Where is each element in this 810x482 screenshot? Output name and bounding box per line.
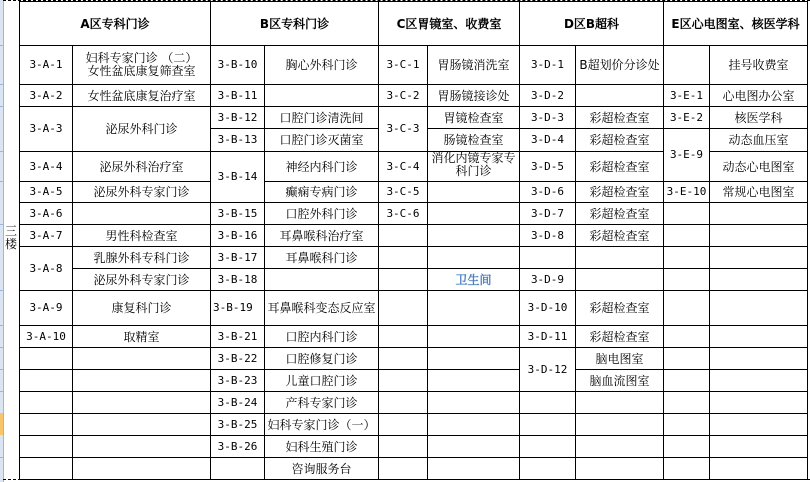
room-name[interactable]: 儿童口腔门诊 — [265, 370, 379, 392]
room-name[interactable]: 常规心电图室 — [710, 182, 808, 203]
room-name[interactable]: 妇科专家门诊 （二） 女性盆底康复筛查室 — [73, 46, 211, 85]
room-name[interactable]: 彩超检查室 — [576, 203, 664, 225]
room-name[interactable]: 耳鼻喉科变态反应室 — [265, 291, 379, 326]
room-code[interactable] — [379, 414, 428, 436]
room-name[interactable] — [710, 291, 808, 326]
room-code[interactable] — [664, 203, 710, 225]
room-code[interactable] — [379, 458, 428, 480]
room-name[interactable]: 产科专家门诊 — [265, 392, 379, 414]
room-code[interactable] — [664, 46, 710, 85]
room-name[interactable]: 癫痫专病门诊 — [265, 182, 379, 203]
room-code[interactable] — [20, 348, 73, 370]
room-code[interactable]: 3-E-9 — [664, 129, 710, 182]
room-code[interactable]: 3-B-23 — [211, 370, 265, 392]
floor-directory-table: A区专科门诊 B区专科门诊 C区胃镜室、收费室 D区B超科 E区心电图室、核医学… — [19, 1, 808, 480]
room-code[interactable]: 3-B-11 — [211, 85, 265, 107]
room-code[interactable]: 3-D-7 — [520, 203, 576, 225]
room-code[interactable]: 3-A-2 — [20, 85, 73, 107]
room-name[interactable]: 口腔内科门诊 — [265, 326, 379, 348]
room-code[interactable] — [379, 225, 428, 247]
room-name[interactable] — [710, 436, 808, 458]
room-code[interactable]: 3-D-9 — [520, 269, 576, 291]
room-name[interactable] — [73, 436, 211, 458]
room-code[interactable] — [520, 392, 576, 414]
room-name[interactable] — [73, 458, 211, 480]
room-code[interactable] — [664, 269, 710, 291]
room-name[interactable]: 彩超检查室 — [576, 182, 664, 203]
room-name[interactable]: 泌尿外科专家门诊 — [73, 182, 211, 203]
room-name[interactable] — [428, 370, 520, 392]
room-name[interactable] — [428, 182, 520, 203]
room-code[interactable]: 3-D-11 — [520, 326, 576, 348]
room-name[interactable]: 彩超检查室 — [576, 129, 664, 152]
room-code[interactable]: 3-B-10 — [211, 46, 265, 85]
room-code[interactable] — [664, 436, 710, 458]
room-code[interactable] — [664, 291, 710, 326]
room-code[interactable]: 3-B-22 — [211, 348, 265, 370]
room-name[interactable] — [576, 85, 664, 107]
room-code[interactable] — [379, 436, 428, 458]
room-name-line: 妇科专家门诊 （二） 女性盆底康复筛查室 — [86, 51, 198, 78]
room-name[interactable]: 消化内镜专家专科门诊 — [428, 152, 520, 182]
room-name[interactable] — [710, 203, 808, 225]
room-name[interactable] — [576, 414, 664, 436]
room-code[interactable] — [20, 414, 73, 436]
room-code[interactable]: 3-B-25 — [211, 414, 265, 436]
room-code[interactable]: 3-D-1 — [520, 46, 576, 85]
room-code[interactable] — [520, 458, 576, 480]
room-name[interactable] — [710, 247, 808, 269]
room-code[interactable]: 3-D-12 — [520, 348, 576, 392]
room-name[interactable]: 乳腺外科专科门诊 — [73, 247, 211, 269]
room-code[interactable]: 3-B-19 — [211, 291, 265, 326]
room-code[interactable] — [20, 436, 73, 458]
room-code[interactable] — [379, 348, 428, 370]
room-code[interactable] — [664, 348, 710, 370]
room-code[interactable]: 3-C-1 — [379, 46, 428, 85]
room-name[interactable]: 口腔外科门诊 — [265, 203, 379, 225]
room-code[interactable] — [379, 370, 428, 392]
room-name[interactable]: 泌尿外科门诊 — [73, 107, 211, 152]
room-name[interactable]: 妇科生殖门诊 — [265, 436, 379, 458]
header-zone-e[interactable]: E区心电图室、核医学科 — [664, 2, 808, 46]
room-code[interactable] — [379, 269, 428, 291]
room-name[interactable] — [710, 392, 808, 414]
selected-row-highlight — [0, 413, 3, 435]
room-name[interactable]: 口腔修复门诊 — [265, 348, 379, 370]
room-code[interactable] — [379, 392, 428, 414]
room-code[interactable] — [664, 370, 710, 392]
header-zone-b[interactable]: B区专科门诊 — [211, 2, 379, 46]
room-name[interactable]: 肠镜检查室 — [428, 129, 520, 152]
room-code[interactable]: 3-C-3 — [379, 107, 428, 152]
room-code[interactable] — [664, 247, 710, 269]
room-name[interactable]: 取精室 — [73, 326, 211, 348]
room-name[interactable] — [428, 392, 520, 414]
floor-label: 三楼 — [4, 225, 18, 251]
room-code[interactable]: 3-E-1 — [664, 85, 710, 107]
room-name[interactable] — [265, 85, 379, 107]
room-name[interactable]: 挂号收费室 — [710, 46, 808, 85]
room-code[interactable]: 3-C-4 — [379, 152, 428, 182]
room-name[interactable] — [710, 414, 808, 436]
room-code[interactable]: 3-E-10 — [664, 182, 710, 203]
room-code[interactable]: 3-B-15 — [211, 203, 265, 225]
room-code[interactable] — [20, 370, 73, 392]
room-name[interactable]: 康复科门诊 — [73, 291, 211, 326]
room-name[interactable]: 彩超检查室 — [576, 225, 664, 247]
room-code[interactable] — [664, 458, 710, 480]
room-code[interactable]: 3-D-8 — [520, 225, 576, 247]
room-code[interactable] — [20, 392, 73, 414]
room-name[interactable]: 胃镜检查室 — [428, 107, 520, 129]
room-code[interactable] — [379, 291, 428, 326]
room-name[interactable]: B超划价分诊处 — [576, 46, 664, 85]
room-name[interactable]: 男性科检查室 — [73, 225, 211, 247]
header-zone-d[interactable]: D区B超科 — [520, 2, 664, 46]
room-code[interactable]: 3-B-26 — [211, 436, 265, 458]
room-code[interactable]: 3-A-1 — [20, 46, 73, 85]
room-code[interactable]: 3-A-6 — [20, 203, 73, 225]
room-name[interactable]: 泌尿外科专家门诊 — [73, 269, 211, 291]
room-name[interactable]: 脑血流图室 — [576, 370, 664, 392]
room-code[interactable] — [664, 414, 710, 436]
room-name[interactable] — [428, 326, 520, 348]
room-name[interactable]: 动态血压室 — [710, 129, 808, 152]
room-name[interactable]: 心电图办公室 — [710, 85, 808, 107]
room-code[interactable] — [379, 247, 428, 269]
room-code[interactable]: 3-D-2 — [520, 85, 576, 107]
room-name[interactable] — [576, 436, 664, 458]
room-name[interactable]: 咨询服务台 — [265, 458, 379, 480]
room-code[interactable]: 3-A-8 — [20, 247, 73, 291]
room-name[interactable] — [73, 392, 211, 414]
room-name[interactable] — [428, 436, 520, 458]
room-code[interactable]: 3-B-13 — [211, 129, 265, 152]
room-code[interactable]: 3-A-9 — [20, 291, 73, 326]
room-name[interactable] — [428, 225, 520, 247]
room-code[interactable]: 3-C-6 — [379, 203, 428, 225]
room-name[interactable] — [576, 392, 664, 414]
room-name[interactable]: 动态心电图室 — [710, 152, 808, 182]
room-code[interactable]: 3-B-21 — [211, 326, 265, 348]
room-name[interactable] — [710, 225, 808, 247]
room-name[interactable]: 神经内科门诊 — [265, 152, 379, 182]
room-name[interactable] — [576, 269, 664, 291]
room-name[interactable]: 核医学科 — [710, 107, 808, 129]
room-name[interactable]: 耳鼻喉科门诊 — [265, 247, 379, 269]
room-name[interactable] — [428, 247, 520, 269]
room-code[interactable]: 3-B-14 — [211, 152, 265, 203]
room-code[interactable] — [520, 247, 576, 269]
room-name[interactable] — [710, 269, 808, 291]
room-code[interactable]: 3-A-4 — [20, 152, 73, 182]
room-name[interactable] — [710, 458, 808, 480]
room-code[interactable] — [520, 436, 576, 458]
room-code[interactable]: 3-A-7 — [20, 225, 73, 247]
room-name[interactable] — [73, 348, 211, 370]
room-code[interactable]: 3-C-5 — [379, 182, 428, 203]
room-name[interactable] — [710, 348, 808, 370]
room-code[interactable] — [520, 414, 576, 436]
room-code[interactable]: 3-E-2 — [664, 107, 710, 129]
room-code[interactable]: 3-D-10 — [520, 291, 576, 326]
room-name[interactable] — [73, 370, 211, 392]
room-name[interactable] — [428, 414, 520, 436]
room-name[interactable] — [576, 247, 664, 269]
room-name[interactable] — [428, 203, 520, 225]
room-code[interactable]: 3-D-4 — [520, 129, 576, 152]
room-name[interactable] — [73, 203, 211, 225]
room-name[interactable]: 耳鼻喉科治疗室 — [265, 225, 379, 247]
room-name[interactable]: 彩超检查室 — [576, 326, 664, 348]
room-code[interactable] — [211, 458, 265, 480]
restroom-label[interactable]: 卫生间 — [428, 269, 520, 291]
room-name[interactable] — [265, 269, 379, 291]
room-code[interactable] — [664, 225, 710, 247]
room-name[interactable]: 口腔门诊灭菌室 — [265, 129, 379, 152]
room-code[interactable]: 3-D-5 — [520, 152, 576, 182]
room-code[interactable]: 3-D-6 — [520, 182, 576, 203]
room-name[interactable]: 彩超检查室 — [576, 152, 664, 182]
room-name[interactable]: 口腔门诊清洗间 — [265, 107, 379, 129]
room-code[interactable]: 3-A-10 — [20, 326, 73, 348]
room-name[interactable] — [710, 370, 808, 392]
header-zone-a[interactable]: A区专科门诊 — [20, 2, 211, 46]
room-name[interactable] — [576, 458, 664, 480]
room-name[interactable] — [710, 326, 808, 348]
room-name[interactable]: 彩超检查室 — [576, 291, 664, 326]
room-name[interactable]: 脑电图室 — [576, 348, 664, 370]
room-code[interactable]: 3-A-5 — [20, 182, 73, 203]
room-name[interactable] — [428, 291, 520, 326]
room-name[interactable]: 胃肠镜消洗室 — [428, 46, 520, 85]
room-code[interactable]: 3-D-3 — [520, 107, 576, 129]
room-code[interactable]: 3-C-2 — [379, 85, 428, 107]
room-code[interactable]: 3-B-24 — [211, 392, 265, 414]
room-code[interactable] — [20, 458, 73, 480]
room-name[interactable]: 胃肠镜接诊处 — [428, 85, 520, 107]
room-code[interactable] — [664, 326, 710, 348]
room-code[interactable] — [379, 326, 428, 348]
room-name[interactable]: 泌尿外科治疗室 — [73, 152, 211, 182]
room-name[interactable]: 妇科专家门诊（一） — [265, 414, 379, 436]
room-name[interactable] — [428, 348, 520, 370]
room-code[interactable]: 3-B-16 — [211, 225, 265, 247]
room-name[interactable] — [428, 458, 520, 480]
room-name[interactable]: 女性盆底康复治疗室 — [73, 85, 211, 107]
room-code[interactable]: 3-B-17 — [211, 247, 265, 269]
room-name[interactable]: 胸心外科门诊 — [265, 46, 379, 85]
room-name[interactable]: 彩超检查室 — [576, 107, 664, 129]
room-code[interactable] — [664, 392, 710, 414]
header-zone-c[interactable]: C区胃镜室、收费室 — [379, 2, 520, 46]
room-name[interactable] — [73, 414, 211, 436]
room-code[interactable]: 3-A-3 — [20, 107, 73, 152]
room-code[interactable]: 3-B-12 — [211, 107, 265, 129]
room-code[interactable]: 3-B-18 — [211, 269, 265, 291]
